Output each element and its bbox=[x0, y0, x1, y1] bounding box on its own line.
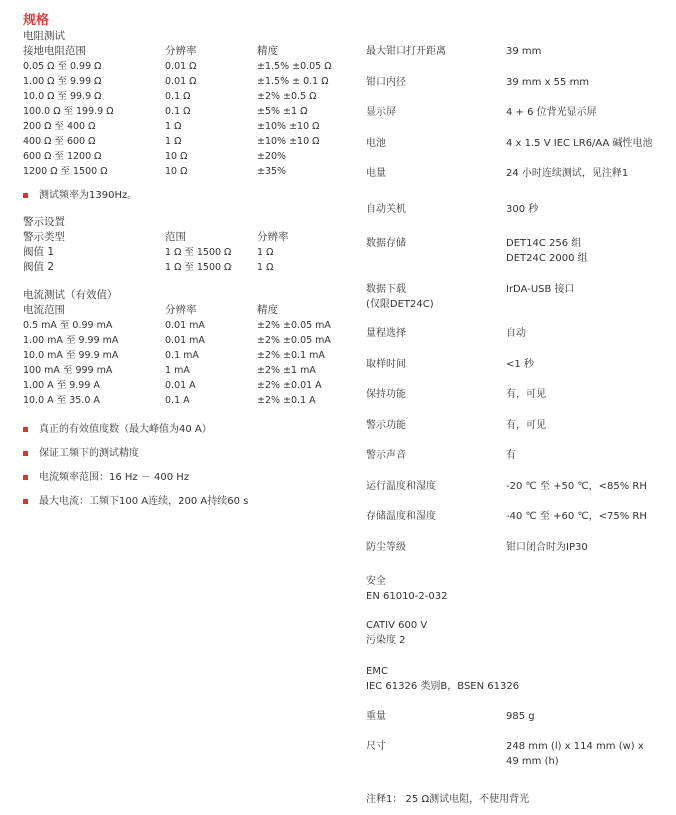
cell: 0.1 Ω bbox=[165, 104, 257, 119]
spec-label: 数据存储 bbox=[366, 236, 506, 266]
spec-value: 248 mm (l) x 114 mm (w) x49 mm (h) bbox=[506, 739, 666, 769]
note-text: 电流频率范围：16 Hz － 400 Hz bbox=[39, 470, 189, 485]
cell: 0.01 mA bbox=[165, 333, 257, 348]
block-line: EN 61010-2-032 bbox=[366, 589, 447, 604]
col-header: 分辨率 bbox=[165, 44, 257, 59]
footnote: 注释1： 25 Ω测试电阻，不使用背光 bbox=[366, 792, 529, 807]
block-line: 污染度 2 bbox=[366, 633, 427, 648]
current-note: 最大电流：工频下100 A连续，200 A持续60 s bbox=[23, 494, 343, 509]
cell: 10.0 mA 至 99.9 mA bbox=[23, 348, 165, 363]
block-line: IEC 61326 类别B，BSEN 61326 bbox=[366, 679, 519, 694]
spec-row: 保持功能有，可见 bbox=[366, 387, 666, 402]
spec-row: 最大钳口打开距离39 mm bbox=[366, 44, 666, 59]
cell: 阀值 2 bbox=[23, 260, 165, 275]
cell: 1.00 A 至 9.99 A bbox=[23, 378, 165, 393]
cell: 1 Ω 至 1500 Ω bbox=[165, 245, 257, 260]
spec-value: -40 ℃ 至 +60 ℃，<75% RH bbox=[506, 509, 666, 524]
bullet-square-icon bbox=[23, 451, 28, 456]
cell: 1 Ω bbox=[257, 245, 343, 260]
cell: ±2% ±0.1 mA bbox=[257, 348, 343, 363]
table-row: 200 Ω 至 400 Ω1 Ω±10% ±10 Ω bbox=[23, 119, 343, 134]
spec-label: 运行温度和湿度 bbox=[366, 479, 506, 494]
spec-value: <1 秒 bbox=[506, 357, 666, 372]
current-heading: 电流测试（有效值） bbox=[23, 288, 343, 303]
spec-value: DET14C 256 组DET24C 2000 组 bbox=[506, 236, 666, 266]
cell: ±35% bbox=[257, 164, 343, 179]
spec-row: 重量985 g bbox=[366, 709, 666, 724]
col-header: 接地电阻范围 bbox=[23, 44, 165, 59]
cell: ±20% bbox=[257, 149, 343, 164]
cell: 0.05 Ω 至 0.99 Ω bbox=[23, 59, 165, 74]
spec-row: 数据下载(仅限DET24C)IrDA-USB 接口 bbox=[366, 282, 666, 312]
spec-value: 39 mm x 55 mm bbox=[506, 75, 666, 90]
table-row: 10.0 mA 至 99.9 mA0.1 mA±2% ±0.1 mA bbox=[23, 348, 343, 363]
cell: 600 Ω 至 1200 Ω bbox=[23, 149, 165, 164]
block-line: 安全 bbox=[366, 574, 447, 589]
spec-label: 尺寸 bbox=[366, 739, 506, 769]
current-table-header: 电流范围 分辨率 精度 bbox=[23, 303, 343, 318]
cell: ±2% ±0.5 Ω bbox=[257, 89, 343, 104]
table-row: 阀值 21 Ω 至 1500 Ω1 Ω bbox=[23, 260, 343, 275]
col-header: 范围 bbox=[165, 230, 257, 245]
spec-row: 量程选择自动 bbox=[366, 326, 666, 341]
spec-value: 985 g bbox=[506, 709, 666, 724]
resistance-table-header: 接地电阻范围 分辨率 精度 bbox=[23, 44, 343, 59]
spec-label: 取样时间 bbox=[366, 357, 506, 372]
spec-row: 显示屏4 + 6 位背光显示屏 bbox=[366, 105, 666, 120]
cell: 10.0 A 至 35.0 A bbox=[23, 393, 165, 408]
cell: 0.01 mA bbox=[165, 318, 257, 333]
col-header: 分辨率 bbox=[257, 230, 343, 245]
cell: ±2% ±0.1 A bbox=[257, 393, 343, 408]
spec-value: 4 x 1.5 V IEC LR6/AA 碱性电池 bbox=[506, 136, 666, 151]
col-header: 精度 bbox=[257, 44, 343, 59]
cell: ±2% ±0.05 mA bbox=[257, 333, 343, 348]
spec-value: 钳口闭合时为IP30 bbox=[506, 540, 666, 555]
cell: 1 Ω bbox=[257, 260, 343, 275]
category-block: CATIV 600 V 污染度 2 bbox=[366, 618, 427, 648]
note-text: 保证工频下的测试精度 bbox=[39, 446, 139, 461]
spec-label: 存储温度和湿度 bbox=[366, 509, 506, 524]
spec-label: 防尘等级 bbox=[366, 540, 506, 555]
cell: 10 Ω bbox=[165, 149, 257, 164]
col-header: 分辨率 bbox=[165, 303, 257, 318]
current-note: 保证工频下的测试精度 bbox=[23, 446, 343, 461]
bullet-square-icon bbox=[23, 475, 28, 480]
spec-label: 自动关机 bbox=[366, 202, 506, 217]
spec-label: 重量 bbox=[366, 709, 506, 724]
table-row: 0.5 mA 至 0.99 mA0.01 mA±2% ±0.05 mA bbox=[23, 318, 343, 333]
cell: 1 Ω bbox=[165, 119, 257, 134]
spec-value: 300 秒 bbox=[506, 202, 666, 217]
cell: 10.0 Ω 至 99.9 Ω bbox=[23, 89, 165, 104]
spec-label: 最大钳口打开距离 bbox=[366, 44, 506, 59]
spec-value-line: 49 mm (h) bbox=[506, 756, 559, 767]
spec-value: IrDA-USB 接口 bbox=[506, 282, 666, 312]
cell: 400 Ω 至 600 Ω bbox=[23, 134, 165, 149]
cell: 1 Ω bbox=[165, 134, 257, 149]
spec-label: 警示声音 bbox=[366, 448, 506, 463]
col-header: 精度 bbox=[257, 303, 343, 318]
table-row: 100 mA 至 999 mA1 mA±2% ±1 mA bbox=[23, 363, 343, 378]
page-title: 规格 bbox=[23, 13, 343, 29]
table-row: 10.0 A 至 35.0 A0.1 A±2% ±0.1 A bbox=[23, 393, 343, 408]
table-row: 600 Ω 至 1200 Ω10 Ω±20% bbox=[23, 149, 343, 164]
spec-value: 4 + 6 位背光显示屏 bbox=[506, 105, 666, 120]
cell: ±2% ±1 mA bbox=[257, 363, 343, 378]
spec-row: 电池4 x 1.5 V IEC LR6/AA 碱性电池 bbox=[366, 136, 666, 151]
alarm-heading: 警示设置 bbox=[23, 215, 343, 230]
cell: 1.00 Ω 至 9.99 Ω bbox=[23, 74, 165, 89]
cell: 100 mA 至 999 mA bbox=[23, 363, 165, 378]
spec-row: 警示功能有，可见 bbox=[366, 418, 666, 433]
bullet-square-icon bbox=[23, 193, 28, 198]
bullet-square-icon bbox=[23, 499, 28, 504]
col-header: 电流范围 bbox=[23, 303, 165, 318]
left-column: 规格 电阻测试 接地电阻范围 分辨率 精度 0.05 Ω 至 0.99 Ω0.0… bbox=[23, 13, 343, 509]
spec-label: 显示屏 bbox=[366, 105, 506, 120]
safety-block: 安全 EN 61010-2-032 bbox=[366, 574, 447, 604]
spec-row: 自动关机300 秒 bbox=[366, 202, 666, 217]
cell: ±10% ±10 Ω bbox=[257, 119, 343, 134]
cell: 100.0 Ω 至 199.9 Ω bbox=[23, 104, 165, 119]
bullet-square-icon bbox=[23, 427, 28, 432]
spec-value: 24 小时连续测试，见注释1 bbox=[506, 166, 666, 181]
spec-label: 电池 bbox=[366, 136, 506, 151]
cell: 0.1 mA bbox=[165, 348, 257, 363]
spec-value: 自动 bbox=[506, 326, 666, 341]
spec-label: 钳口内径 bbox=[366, 75, 506, 90]
note-text: 最大电流：工频下100 A连续，200 A持续60 s bbox=[39, 494, 248, 509]
spec-row: 防尘等级钳口闭合时为IP30 bbox=[366, 540, 666, 555]
cell: 0.01 Ω bbox=[165, 74, 257, 89]
spec-row: 取样时间<1 秒 bbox=[366, 357, 666, 372]
cell: 阀值 1 bbox=[23, 245, 165, 260]
spec-label: 电量 bbox=[366, 166, 506, 181]
cell: 1200 Ω 至 1500 Ω bbox=[23, 164, 165, 179]
spec-value: -20 ℃ 至 +50 ℃，<85% RH bbox=[506, 479, 666, 494]
cell: 0.5 mA 至 0.99 mA bbox=[23, 318, 165, 333]
spec-label: 警示功能 bbox=[366, 418, 506, 433]
cell: 1.00 mA 至 9.99 mA bbox=[23, 333, 165, 348]
table-row: 400 Ω 至 600 Ω1 Ω±10% ±10 Ω bbox=[23, 134, 343, 149]
table-row: 1200 Ω 至 1500 Ω10 Ω±35% bbox=[23, 164, 343, 179]
table-row: 1.00 A 至 9.99 A0.01 A±2% ±0.01 A bbox=[23, 378, 343, 393]
table-row: 1.00 Ω 至 9.99 Ω0.01 Ω±1.5% ± 0.1 Ω bbox=[23, 74, 343, 89]
cell: 0.01 A bbox=[165, 378, 257, 393]
alarm-table-header: 警示类型 范围 分辨率 bbox=[23, 230, 343, 245]
cell: 0.1 Ω bbox=[165, 89, 257, 104]
table-row: 10.0 Ω 至 99.9 Ω0.1 Ω±2% ±0.5 Ω bbox=[23, 89, 343, 104]
cell: ±10% ±10 Ω bbox=[257, 134, 343, 149]
spec-row: 警示声音有 bbox=[366, 448, 666, 463]
note-text: 真正的有效值度数（最大峰值为40 A） bbox=[39, 422, 212, 437]
spec-row: 存储温度和湿度-40 ℃ 至 +60 ℃，<75% RH bbox=[366, 509, 666, 524]
table-row: 100.0 Ω 至 199.9 Ω0.1 Ω±5% ±1 Ω bbox=[23, 104, 343, 119]
cell: ±2% ±0.01 A bbox=[257, 378, 343, 393]
table-row: 阀值 11 Ω 至 1500 Ω1 Ω bbox=[23, 245, 343, 260]
cell: 0.01 Ω bbox=[165, 59, 257, 74]
cell: 10 Ω bbox=[165, 164, 257, 179]
spec-value-line: DET24C 2000 组 bbox=[506, 253, 588, 264]
cell: ±1.5% ± 0.1 Ω bbox=[257, 74, 343, 89]
spec-label-line: (仅限DET24C) bbox=[366, 299, 434, 310]
spec-value: 39 mm bbox=[506, 44, 666, 59]
cell: 1 Ω 至 1500 Ω bbox=[165, 260, 257, 275]
spec-value-line: DET14C 256 组 bbox=[506, 238, 581, 249]
spec-row: 数据存储DET14C 256 组DET24C 2000 组 bbox=[366, 236, 666, 266]
col-header: 警示类型 bbox=[23, 230, 165, 245]
spec-row: 尺寸248 mm (l) x 114 mm (w) x49 mm (h) bbox=[366, 739, 666, 769]
cell: 0.1 A bbox=[165, 393, 257, 408]
spec-value: 有，可见 bbox=[506, 387, 666, 402]
table-row: 0.05 Ω 至 0.99 Ω0.01 Ω±1.5% ±0.05 Ω bbox=[23, 59, 343, 74]
block-line: CATIV 600 V bbox=[366, 618, 427, 633]
spec-row: 运行温度和湿度-20 ℃ 至 +50 ℃，<85% RH bbox=[366, 479, 666, 494]
spec-label: 数据下载(仅限DET24C) bbox=[366, 282, 506, 312]
spec-value: 有，可见 bbox=[506, 418, 666, 433]
spec-value-line: 248 mm (l) x 114 mm (w) x bbox=[506, 741, 644, 752]
resistance-note: 测试频率为1390Hz。 bbox=[23, 188, 343, 203]
spec-label: 量程选择 bbox=[366, 326, 506, 341]
cell: ±5% ±1 Ω bbox=[257, 104, 343, 119]
spec-label-line: 数据下载 bbox=[366, 284, 406, 295]
spec-value: 有 bbox=[506, 448, 666, 463]
current-note: 真正的有效值度数（最大峰值为40 A） bbox=[23, 422, 343, 437]
emc-block: EMC IEC 61326 类别B，BSEN 61326 bbox=[366, 664, 519, 694]
table-row: 1.00 mA 至 9.99 mA0.01 mA±2% ±0.05 mA bbox=[23, 333, 343, 348]
spec-row: 电量24 小时连续测试，见注释1 bbox=[366, 166, 666, 181]
resistance-heading: 电阻测试 bbox=[23, 29, 343, 44]
block-line: EMC bbox=[366, 664, 519, 679]
current-note: 电流频率范围：16 Hz － 400 Hz bbox=[23, 470, 343, 485]
cell: 200 Ω 至 400 Ω bbox=[23, 119, 165, 134]
cell: ±2% ±0.05 mA bbox=[257, 318, 343, 333]
spec-label: 保持功能 bbox=[366, 387, 506, 402]
cell: ±1.5% ±0.05 Ω bbox=[257, 59, 343, 74]
spec-row: 钳口内径39 mm x 55 mm bbox=[366, 75, 666, 90]
cell: 1 mA bbox=[165, 363, 257, 378]
note-text: 测试频率为1390Hz。 bbox=[39, 188, 137, 203]
